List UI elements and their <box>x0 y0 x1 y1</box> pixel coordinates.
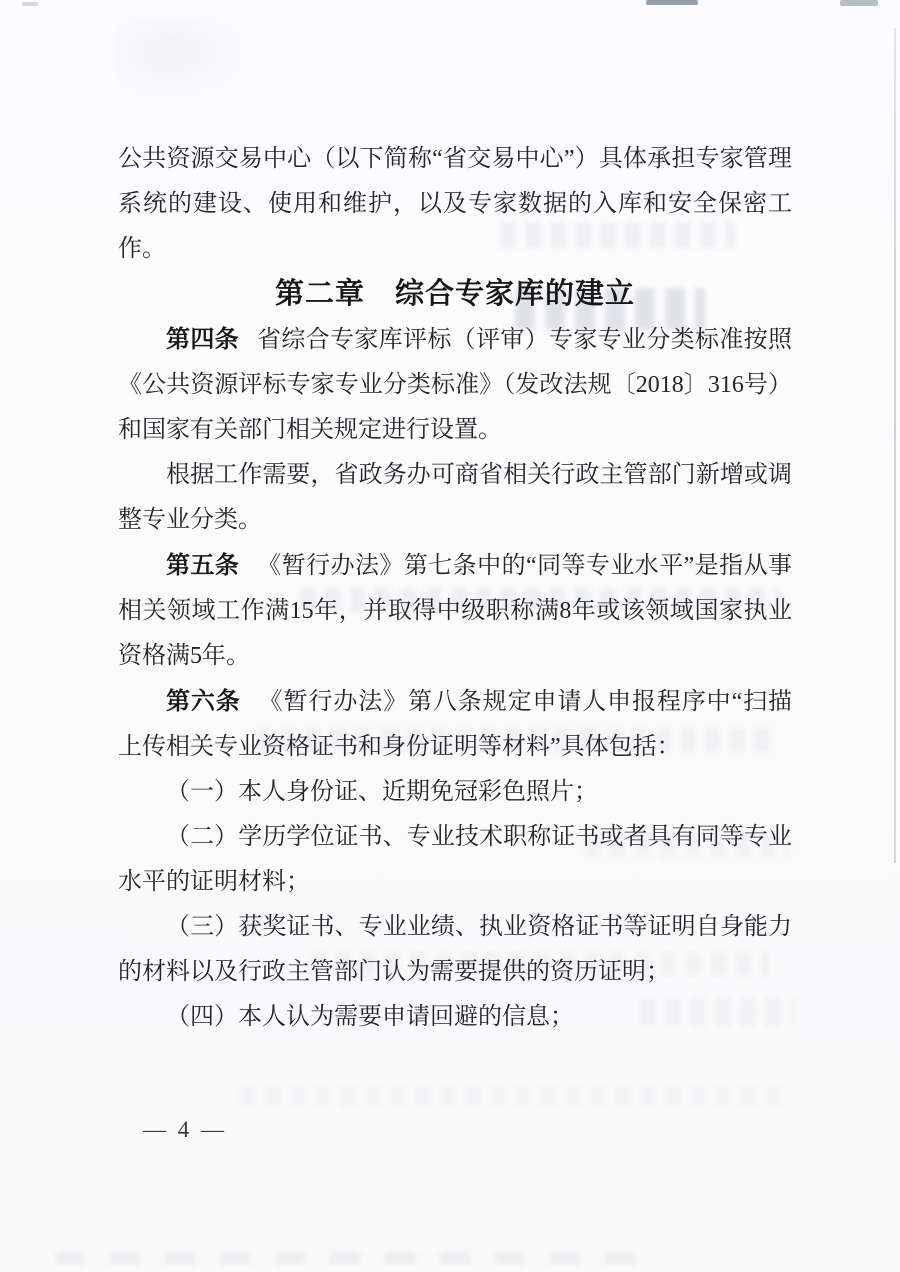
ink-bleedthrough <box>240 1086 785 1106</box>
paper-edge-shadow <box>894 28 896 863</box>
article-6: 第六条《暂行办法》第八条规定申请人申报程序中“扫描上传相关专业资格证书和身份证明… <box>118 679 792 770</box>
scan-artifact <box>22 2 38 6</box>
scanned-document-page: 公共资源交易中心（以下简称“省交易中心”）具体承担专家管理系统的建设、使用和维护… <box>0 0 900 1272</box>
scan-smudge <box>115 18 255 103</box>
list-item-3: （三）获奖证书、专业业绩、执业资格证书等证明自身能力的材料以及行政主管部门认为需… <box>118 905 792 995</box>
scan-artifact <box>840 0 878 6</box>
page-number: — 4 — <box>143 1117 227 1143</box>
article-6-label: 第六条 <box>166 688 241 715</box>
article-5: 第五条《暂行办法》第七条中的“同等专业水平”是指从事相关领域工作满15年，并取得… <box>118 543 792 679</box>
scan-smudge <box>55 1252 640 1265</box>
list-item-4: （四）本人认为需要申请回避的信息； <box>118 995 792 1040</box>
article-5-label: 第五条 <box>166 552 239 579</box>
scan-artifact <box>646 0 698 5</box>
list-item-2: （二）学历学位证书、专业技术职称证书或者具有同等专业水平的证明材料； <box>118 815 792 905</box>
chapter-heading: 第二章 综合专家库的建立 <box>118 272 792 317</box>
paragraph-category-adjustment: 根据工作需要，省政务办可商省相关行政主管部门新增或调整专业分类。 <box>118 453 792 543</box>
paragraph-intro-continuation: 公共资源交易中心（以下简称“省交易中心”）具体承担专家管理系统的建设、使用和维护… <box>118 137 792 272</box>
article-4: 第四条省综合专家库评标（评审）专家专业分类标准按照《公共资源评标专家专业分类标准… <box>118 317 792 453</box>
list-item-1: （一）本人身份证、近期免冠彩色照片； <box>118 770 792 815</box>
article-4-label: 第四条 <box>166 326 239 353</box>
document-body: 公共资源交易中心（以下简称“省交易中心”）具体承担专家管理系统的建设、使用和维护… <box>118 137 792 1040</box>
